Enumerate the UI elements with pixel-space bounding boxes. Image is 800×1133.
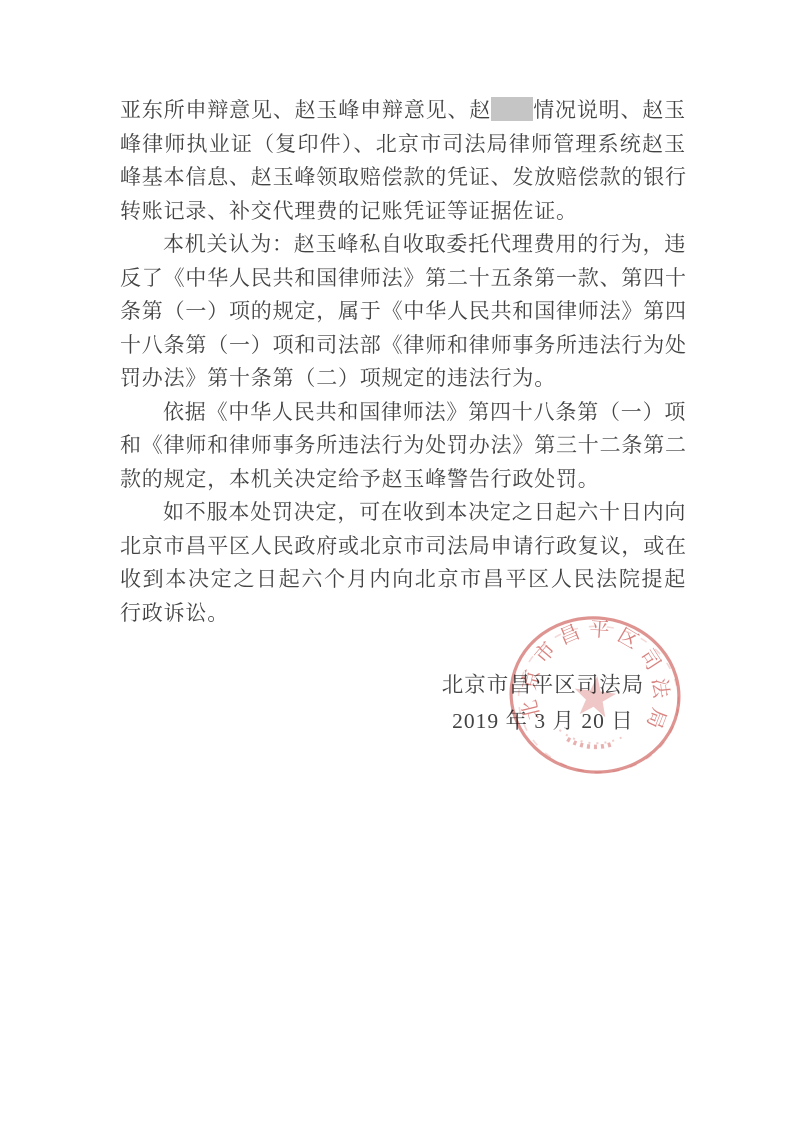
text-line: 本机关认为：赵玉峰私自收取委托代理费用的行为，违 [120,228,686,262]
text-line: 峰律师执业证（复印件）、北京市司法局律师管理系统赵玉 [120,128,686,162]
text-line: 和《律师和律师事务所违法行为处罚办法》第三十二条第二 [120,429,686,463]
text-segment: 情况说明、赵玉 [533,98,686,122]
issuing-authority: 北京市昌平区司法局 [398,667,688,703]
text-line: 条第（一）项的规定，属于《中华人民共和国律师法》第四 [120,295,686,329]
text-segment: 亚东所申辩意见、赵玉峰申辩意见、赵 [120,98,491,122]
text-line: 罚办法》第十条第（二）项规定的违法行为。 [120,362,686,396]
text-line: 反了《中华人民共和国律师法》第二十五条第一款、第四十 [120,262,686,296]
text-line: 如不服本处罚决定，可在收到本决定之日起六十日内向 [120,496,686,530]
document-page: 亚东所申辩意见、赵玉峰申辩意见、赵情况说明、赵玉 峰律师执业证（复印件）、北京市… [0,0,800,1133]
text-line: 亚东所申辩意见、赵玉峰申辩意见、赵情况说明、赵玉 [120,94,686,128]
document-text: 亚东所申辩意见、赵玉峰申辩意见、赵情况说明、赵玉 峰律师执业证（复印件）、北京市… [120,94,686,630]
text-line: 转账记录、补交代理费的记账凭证等证据佐证。 [120,195,686,229]
text-line: 依据《中华人民共和国律师法》第四十八条第（一）项 [120,396,686,430]
text-line: 北京市昌平区人民政府或北京市司法局申请行政复议，或在 [120,530,686,564]
text-line: 峰基本信息、赵玉峰领取赔偿款的凭证、发放赔偿款的银行 [120,161,686,195]
text-line: 行政诉讼。 [120,597,686,631]
signature-block: 北京市昌平区司法局 2019 年 3 月 20 日 [398,667,688,739]
text-line: 收到本决定之日起六个月内向北京市昌平区人民法院提起 [120,563,686,597]
issue-date: 2019 年 3 月 20 日 [398,703,688,739]
text-line: 十八条第（一）项和司法部《律师和律师事务所违法行为处 [120,329,686,363]
redaction-box [491,97,533,121]
text-line: 款的规定，本机关决定给予赵玉峰警告行政处罚。 [120,463,686,497]
seal-serial-smudge [567,739,611,749]
